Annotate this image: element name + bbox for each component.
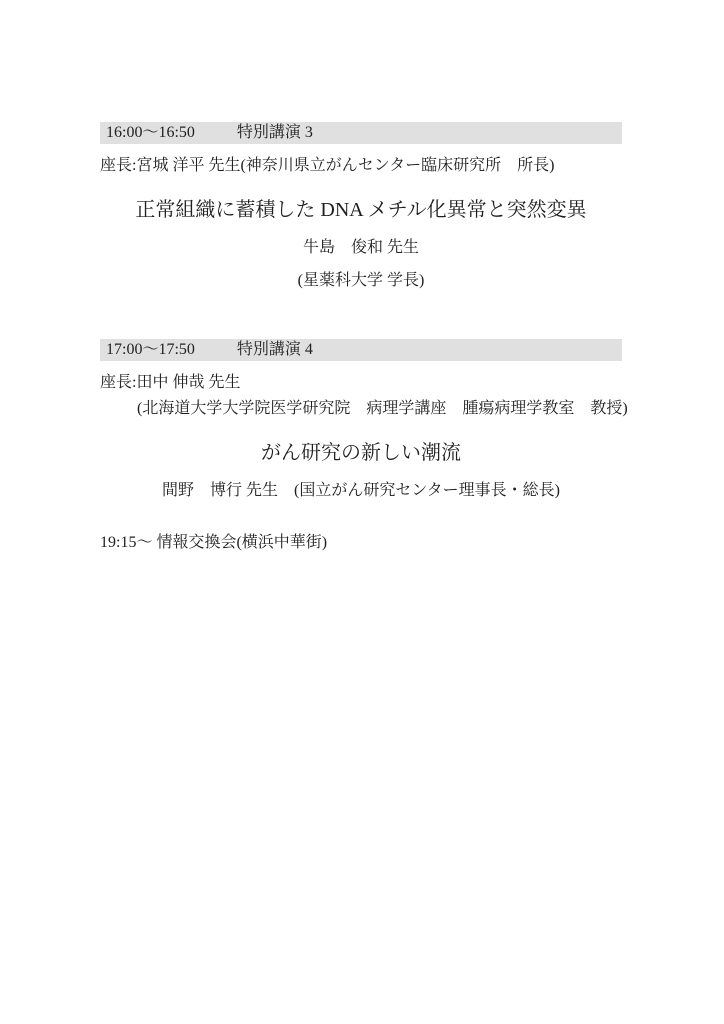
session-time: 16:00～16:50 <box>106 124 195 141</box>
chair-line: 座長:宮城 洋平 先生(神奈川県立がんセンター臨床研究所 所長) <box>100 156 622 176</box>
chair-line: 座長:田中 伸哉 先生 <box>100 373 622 393</box>
session-block-1: 16:00～16:50特別講演 3 座長:宮城 洋平 先生(神奈川県立がんセンタ… <box>100 122 622 291</box>
speaker-and-affiliation: 間野 博行 先生 (国立がん研究センター理事長・総長) <box>100 481 622 501</box>
social-event-line: 19:15～ 情報交換会(横浜中華街) <box>100 533 622 553</box>
session-header-bar: 17:00～17:50特別講演 4 <box>100 339 622 361</box>
session-type: 特別講演 3 <box>237 124 313 141</box>
speaker-name: 牛島 俊和 先生 <box>100 238 622 258</box>
lecture-title: 正常組織に蓄積した DNA メチル化異常と突然変異 <box>100 198 622 222</box>
document-page: 16:00～16:50特別講演 3 座長:宮城 洋平 先生(神奈川県立がんセンタ… <box>0 0 724 1024</box>
lecture-title: がん研究の新しい潮流 <box>100 441 622 465</box>
session-type: 特別講演 4 <box>237 341 313 358</box>
chair-affiliation: (北海道大学大学院医学研究院 病理学講座 腫瘍病理学教室 教授) <box>100 399 622 419</box>
session-time: 17:00～17:50 <box>106 341 195 358</box>
session-block-2: 17:00～17:50特別講演 4 座長:田中 伸哉 先生 (北海道大学大学院医… <box>100 339 622 501</box>
session-header-bar: 16:00～16:50特別講演 3 <box>100 122 622 144</box>
speaker-affiliation: (星薬科大学 学長) <box>100 271 622 291</box>
